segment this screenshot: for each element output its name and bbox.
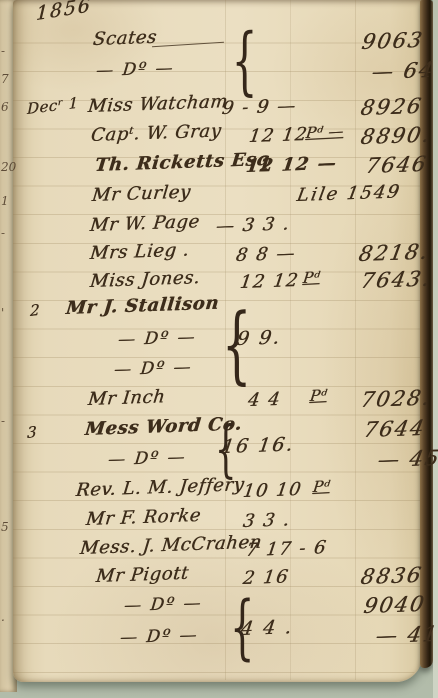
group-amount: 4 4 . xyxy=(239,616,294,640)
row-name: Mr J. Stallison xyxy=(65,293,220,319)
year-label: 1856 xyxy=(35,0,92,25)
paid-mark: Pᵈ — xyxy=(305,122,345,142)
edge-mark: ' xyxy=(1,306,16,320)
row-name: Capᵗ. W. Gray xyxy=(90,120,223,146)
row-name: Mrs Lieg . xyxy=(89,239,190,264)
row-amount: 12 12 — xyxy=(245,153,339,177)
row-folio: Lile 1549 xyxy=(295,181,402,206)
pen-flourish xyxy=(152,42,224,48)
row-folio: 7028. xyxy=(359,385,433,412)
row-name: — Dº — xyxy=(113,357,194,380)
row-folio: — 41 xyxy=(374,622,438,648)
row-name: — Dº — xyxy=(107,447,188,470)
row-folio: 7643. xyxy=(359,266,433,293)
row-name: Mess. J. McCrahen xyxy=(79,532,263,559)
edge-mark: 20 xyxy=(1,160,16,174)
ledger-scan: 1856 Scates 9063 — Dº — — 64 Decʳ 1 Miss… xyxy=(0,0,438,698)
row-folio: 9040 xyxy=(362,592,428,618)
margin-date: Decʳ 1 xyxy=(27,94,79,118)
edge-mark: - xyxy=(1,414,16,428)
row-name: Mr F. Rorke xyxy=(85,505,202,530)
row-name: — Dº — xyxy=(95,58,176,81)
row-name: Miss Jones. xyxy=(89,267,201,292)
row-folio: 8218. xyxy=(357,239,431,266)
row-name: — Dº — xyxy=(119,625,200,648)
edge-mark: 6 xyxy=(1,100,16,114)
row-name: Mr Pigott xyxy=(95,563,190,587)
paid-mark: Pᵈ xyxy=(312,477,331,496)
paid-mark: Pᵈ xyxy=(302,268,321,287)
row-folio: 7646 xyxy=(364,152,430,178)
row-folio: 8836 xyxy=(359,563,425,589)
edge-mark: - xyxy=(1,226,16,240)
edge-mark: 1 xyxy=(1,194,16,208)
row-folio: 8890. xyxy=(359,122,433,149)
edge-mark: . xyxy=(1,610,16,624)
row-amount: 10 10 xyxy=(242,479,304,502)
row-name: Mr Curley xyxy=(91,182,192,207)
margin-date: 3 xyxy=(27,423,37,442)
row-folio: 7644 xyxy=(362,416,428,442)
edge-mark: - xyxy=(1,44,16,58)
group-amount: 16 16. xyxy=(220,433,296,458)
paid-mark: Pᵈ xyxy=(309,386,328,405)
group-brace xyxy=(221,24,268,98)
handwriting-layer: 1856 Scates 9063 — Dº — — 64 Decʳ 1 Miss… xyxy=(0,0,438,698)
margin-date: 2 xyxy=(30,301,40,320)
edge-mark: 7 xyxy=(1,72,16,86)
row-name: Mr Inch xyxy=(87,386,167,410)
row-amount: 12 12 xyxy=(248,124,310,147)
row-folio: — 45 xyxy=(376,446,438,472)
row-amount: 4 4 xyxy=(247,389,283,411)
row-name: — Dº — xyxy=(123,593,204,616)
row-amount: 9 - 9 — xyxy=(221,95,299,119)
row-name: Mr W. Page xyxy=(89,211,201,236)
row-folio: 8926 xyxy=(359,94,425,120)
row-name: Miss Watcham xyxy=(87,91,229,117)
group-amount: 9 9. xyxy=(235,326,282,350)
edge-mark: 5 xyxy=(1,520,16,534)
row-name: Rev. L. M. Jeffery xyxy=(75,474,245,501)
row-amount: 7 17 - 6 xyxy=(245,537,329,561)
row-name: Scates xyxy=(92,27,158,50)
row-amount: 3 3 . xyxy=(242,509,293,532)
row-name: — Dº — xyxy=(117,327,198,350)
row-amount: — 3 3 . xyxy=(215,213,292,237)
row-folio: — 64 xyxy=(370,58,437,84)
row-folio: 9063 xyxy=(360,28,426,54)
row-amount: 12 12 xyxy=(239,270,301,293)
row-amount: 8 8 — xyxy=(235,243,298,266)
